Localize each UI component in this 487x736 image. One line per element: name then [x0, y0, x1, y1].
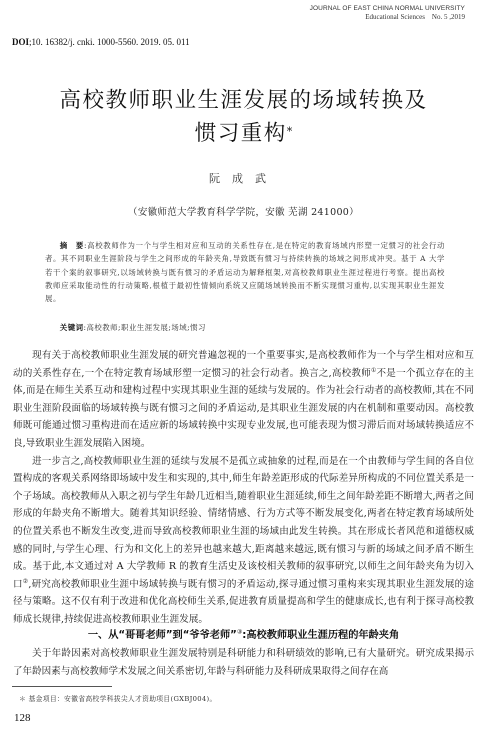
title-line-2: 惯习重构*	[0, 117, 487, 150]
paragraph-2-part-b: ,研究高校教师职业生涯中场域转换与既有惯习的矛盾运动,探寻通过惯习重构来实现其职…	[13, 579, 474, 625]
doi-value: ;10. 16382/j. cnki. 1000-5560. 2019. 05.…	[29, 37, 190, 47]
section-1-body: 关于年龄因素对高校教师职业生涯发展特别是科研能力和科研绩效的影响,已有大量研究。…	[13, 645, 474, 680]
section-heading-1-part-a: 一、从“哥哥老师”到“爷爷老师”	[88, 630, 237, 641]
abstract: 摘 要:高校教师作为一个与学生相对应和互动的关系性存在,是在特定的教育场域内形塑…	[45, 239, 445, 305]
paragraph-1: 现有关于高校教师职业生涯发展的研究普遍忽视的一个重要事实,是高校教师作为一个与学…	[13, 347, 474, 453]
funding-footnote: ＊ 基金项目：安徽省高校学科拔尖人才资助项目(GXBJ004)。	[19, 693, 217, 703]
article-title: 高校教师职业生涯发展的场域转换及 惯习重构*	[0, 84, 487, 150]
title-line-1: 高校教师职业生涯发展的场域转换及	[0, 84, 487, 117]
title-line-2-text: 惯习重构	[195, 121, 287, 146]
abstract-text: :高校教师作为一个与学生相对应和互动的关系性存在,是在特定的教育场域内形塑一定惯…	[45, 241, 445, 303]
page-number: 128	[14, 712, 31, 724]
paragraph-2-part-a: 进一步言之,高校教师职业生涯的延续与发展不是孤立或抽象的过程,而是在一个由教师与…	[13, 456, 474, 590]
paragraph-2: 进一步言之,高校教师职业生涯的延续与发展不是孤立或抽象的过程,而是在一个由教师与…	[13, 453, 474, 629]
doi-line: DOI;10. 16382/j. cnki. 1000-5560. 2019. …	[12, 37, 190, 47]
body-text: 现有关于高校教师职业生涯发展的研究普遍忽视的一个重要事实,是高校教师作为一个与学…	[13, 347, 474, 629]
keywords-text: :高校教师;职业生涯发展;场域;惯习	[83, 323, 205, 332]
journal-header: JOURNAL OF EAST CHINA NORMAL UNIVERSITY …	[310, 4, 465, 22]
abstract-label: 摘 要	[60, 241, 84, 250]
funding-footnote-mark: *	[287, 125, 293, 138]
keywords-label: 关键词	[60, 323, 84, 332]
section-heading-1-part-b: :高校教师职业生涯历程的年龄夹角	[242, 630, 399, 641]
paragraph-1-part-b: 不是一个孤立存在的主体,而是在师生关系互动和建构过程中实现其职业生涯的延续与发展…	[13, 368, 474, 449]
author-name: 阮成武	[0, 170, 487, 186]
journal-name: JOURNAL OF EAST CHINA NORMAL UNIVERSITY	[310, 4, 465, 13]
paragraph-3: 关于年龄因素对高校教师职业生涯发展特别是科研能力和科研绩效的影响,已有大量研究。…	[13, 645, 474, 680]
journal-issue: Educational Sciences No. 5 ,2019	[310, 13, 465, 22]
footnote-divider	[12, 686, 112, 687]
doi-label: DOI	[12, 37, 29, 47]
section-heading-1: 一、从“哥哥老师”到“爷爷老师”③:高校教师职业生涯历程的年龄夹角	[0, 626, 487, 641]
keywords: 关键词:高校教师;职业生涯发展;场域;惯习	[45, 321, 445, 334]
author-affiliation: （安徽师范大学教育科学学院，安徽 芜湖 241000）	[0, 204, 487, 218]
